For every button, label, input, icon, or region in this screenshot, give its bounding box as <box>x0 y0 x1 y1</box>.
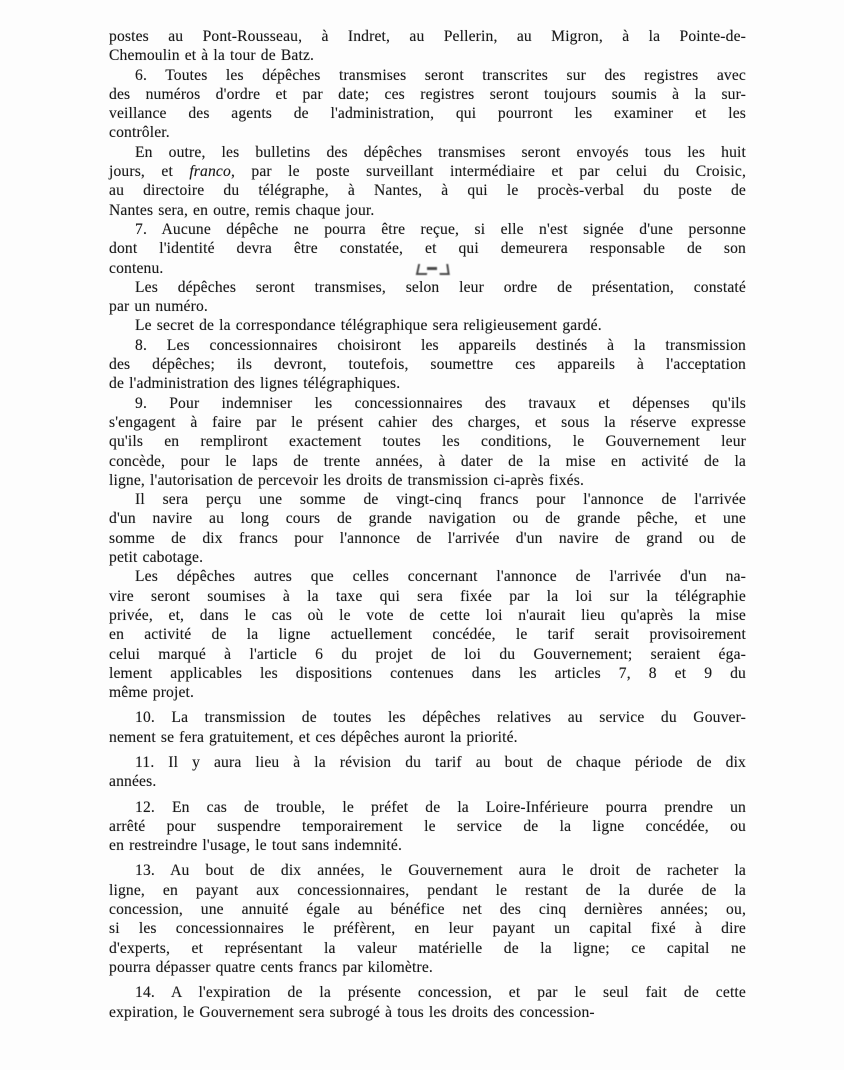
text-line: au directoire du télégraphe, à Nantes, à… <box>109 181 746 200</box>
text-line: arrêté pour suspendre temporairement le … <box>109 817 746 836</box>
text-line: veillance des agents de l'administration… <box>109 104 746 123</box>
text-line: même projet. <box>109 683 746 702</box>
paragraph: 6. Toutes les dépêches transmises seront… <box>109 66 746 143</box>
text-line: de l'administration des lignes télégraph… <box>109 374 746 393</box>
text-line: dont l'identité devra être constatée, et… <box>109 239 746 258</box>
text-line: concession, une annuité égale au bénéfic… <box>109 900 746 919</box>
text-line: lement applicables les dispositions cont… <box>109 664 746 683</box>
text-line: Chemoulin et à la tour de Batz. <box>109 46 746 65</box>
paragraph: Les dépêches seront transmises, selon le… <box>109 278 746 317</box>
ink-smudge-artifact <box>416 261 450 277</box>
paragraph: 8. Les concessionnaires choisiront les a… <box>109 336 746 394</box>
text-line: postes au Pont-Rousseau, à Indret, au Pe… <box>109 27 746 46</box>
text-line: nement se fera gratuitement, et ces dépê… <box>109 728 746 747</box>
text-line: si les concessionnaires le préfèrent, en… <box>109 919 746 938</box>
paragraph: 13. Au bout de dix années, le Gouverneme… <box>109 861 746 977</box>
paragraph: 9. Pour indemniser les concessionnaires … <box>109 394 746 490</box>
text-line: expiration, le Gouvernement sera subrogé… <box>109 1003 746 1022</box>
text-line: Les dépêches seront transmises, selon le… <box>109 278 746 297</box>
text-line: petit cabotage. <box>109 548 746 567</box>
ink-smudge-stroke <box>427 267 437 270</box>
scanned-document-page: postes au Pont-Rousseau, à Indret, au Pe… <box>0 0 844 1070</box>
text-line: Les dépêches autres que celles concernan… <box>109 567 746 586</box>
text-line: d'experts, et représentant la valeur mat… <box>109 939 746 958</box>
text-line: 11. Il y aura lieu à la révision du tari… <box>109 753 746 772</box>
paragraph: postes au Pont-Rousseau, à Indret, au Pe… <box>109 27 746 66</box>
text-line: par un numéro. <box>109 297 746 316</box>
text-line: d'un navire au long cours de grande navi… <box>109 509 746 528</box>
ink-smudge-stroke <box>438 264 450 275</box>
paragraph: 12. En cas de trouble, le préfet de la L… <box>109 798 746 856</box>
text-line: 7. Aucune dépêche ne pourra être reçue, … <box>109 220 746 239</box>
text-line: Nantes sera, en outre, remis chaque jour… <box>109 201 746 220</box>
text-line: En outre, les bulletins des dépêches tra… <box>109 143 746 162</box>
text-line: s'engagent à faire par le présent cahier… <box>109 413 746 432</box>
text-line: pourra dépasser quatre cents francs par … <box>109 958 746 977</box>
paragraph: 10. La transmission de toutes les dépêch… <box>109 708 746 747</box>
document-text-block: postes au Pont-Rousseau, à Indret, au Pe… <box>109 27 746 1022</box>
text-line: Il sera perçu une somme de vingt-cinq fr… <box>109 490 746 509</box>
text-line: des numéros d'ordre et par date; ces reg… <box>109 85 746 104</box>
paragraph: Les dépêches autres que celles concernan… <box>109 567 746 702</box>
paragraph: En outre, les bulletins des dépêches tra… <box>109 143 746 220</box>
text-line: 10. La transmission de toutes les dépêch… <box>109 708 746 727</box>
text-line: 12. En cas de trouble, le préfet de la L… <box>109 798 746 817</box>
paragraph: 11. Il y aura lieu à la révision du tari… <box>109 753 746 792</box>
text-line: Le secret de la correspondance télégraph… <box>109 316 746 335</box>
text-line: en activité de la ligne actuellement con… <box>109 625 746 644</box>
ink-smudge-stroke <box>416 264 429 275</box>
text-line: concède, pour le laps de trente années, … <box>109 452 746 471</box>
text-line: celui marqué à l'article 6 du projet de … <box>109 645 746 664</box>
text-line: 14. A l'expiration de la présente conces… <box>109 983 746 1002</box>
text-line: en restreindre l'usage, le tout sans ind… <box>109 836 746 855</box>
paragraph: Il sera perçu une somme de vingt-cinq fr… <box>109 490 746 567</box>
text-line: 13. Au bout de dix années, le Gouverneme… <box>109 861 746 880</box>
paragraph: Le secret de la correspondance télégraph… <box>109 316 746 335</box>
text-line: années. <box>109 772 746 791</box>
text-line: 6. Toutes les dépêches transmises seront… <box>109 66 746 85</box>
text-line: jours, et franco, par le poste surveilla… <box>109 162 746 181</box>
text-line: privée, et, dans le cas où le vote de ce… <box>109 606 746 625</box>
text-line: somme de dix francs pour l'annonce de l'… <box>109 529 746 548</box>
text-line: 9. Pour indemniser les concessionnaires … <box>109 394 746 413</box>
text-line: ligne, l'autorisation de percevoir les d… <box>109 471 746 490</box>
paragraph: 14. A l'expiration de la présente conces… <box>109 983 746 1022</box>
text-line: vire seront soumises à la taxe qui sera … <box>109 587 746 606</box>
text-line: des dépêches; ils devront, toutefois, so… <box>109 355 746 374</box>
text-line: qu'ils en rempliront exactement toutes l… <box>109 432 746 451</box>
text-line: contrôler. <box>109 123 746 142</box>
text-line: ligne, en payant aux concessionnaires, p… <box>109 881 746 900</box>
text-line: 8. Les concessionnaires choisiront les a… <box>109 336 746 355</box>
